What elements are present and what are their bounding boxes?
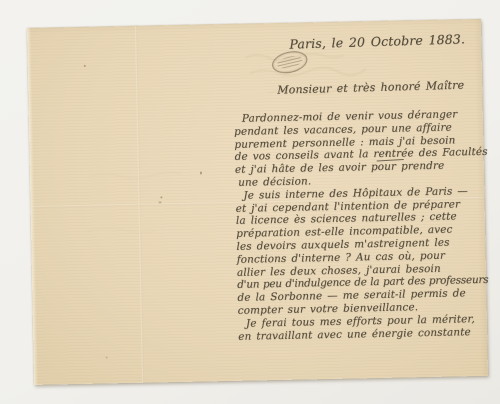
foxing-speck (84, 65, 86, 67)
foxing-speck (160, 196, 162, 198)
letter-page: Paris, le 20 Octobre 1883. Monsieur et t… (27, 19, 488, 385)
foxing-speck (106, 356, 108, 358)
foxing-speck (200, 172, 202, 175)
letter-body: Pardonnez-moi de venir vous dérangerpend… (234, 108, 481, 343)
stamp-text-lines (276, 54, 304, 71)
scan-background: Paris, le 20 Octobre 1883. Monsieur et t… (0, 0, 500, 404)
foxing-speck (159, 201, 162, 203)
